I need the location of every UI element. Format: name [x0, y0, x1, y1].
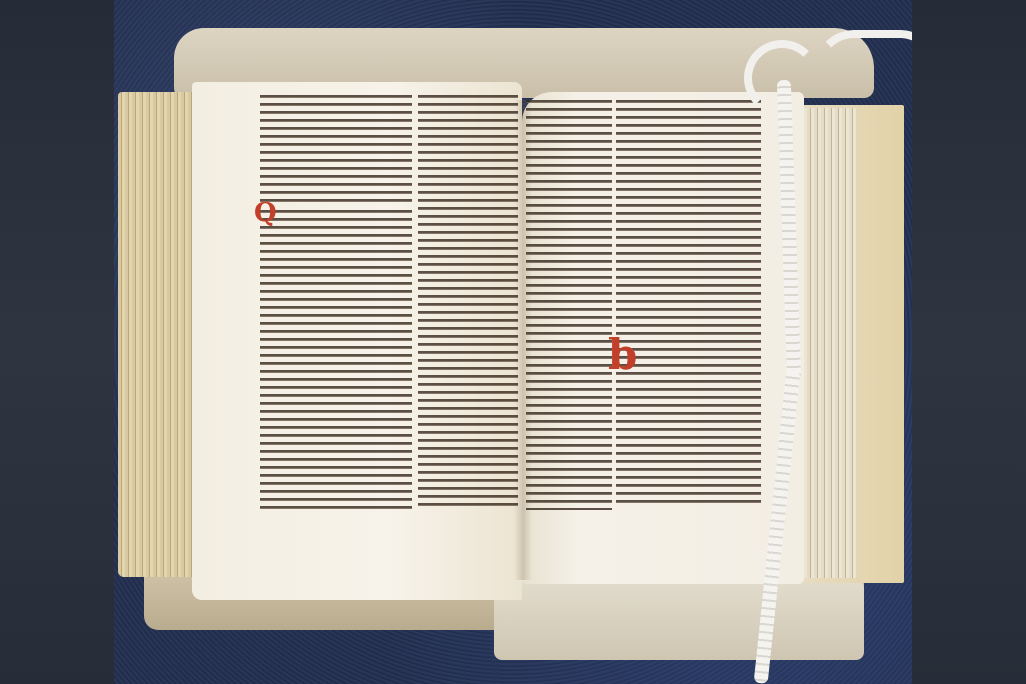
- manuscript-photo: Q b: [114, 0, 912, 684]
- page-edges-left: [118, 92, 198, 577]
- text-column-left-a: [260, 210, 412, 510]
- rubric-initial-left: Q: [254, 198, 277, 228]
- strap-tail: [814, 30, 912, 86]
- letterbox-left: [0, 0, 114, 684]
- page-edges-right: [800, 108, 856, 578]
- text-column-left-b: [418, 95, 518, 510]
- letterbox-right: [912, 0, 1026, 684]
- cushion-bottom-right: [494, 580, 864, 660]
- text-column-right-b: [616, 100, 761, 505]
- text-column-left-a-top: [260, 95, 412, 205]
- rubric-initial-right: b: [608, 330, 637, 379]
- text-column-right-a: [526, 100, 612, 510]
